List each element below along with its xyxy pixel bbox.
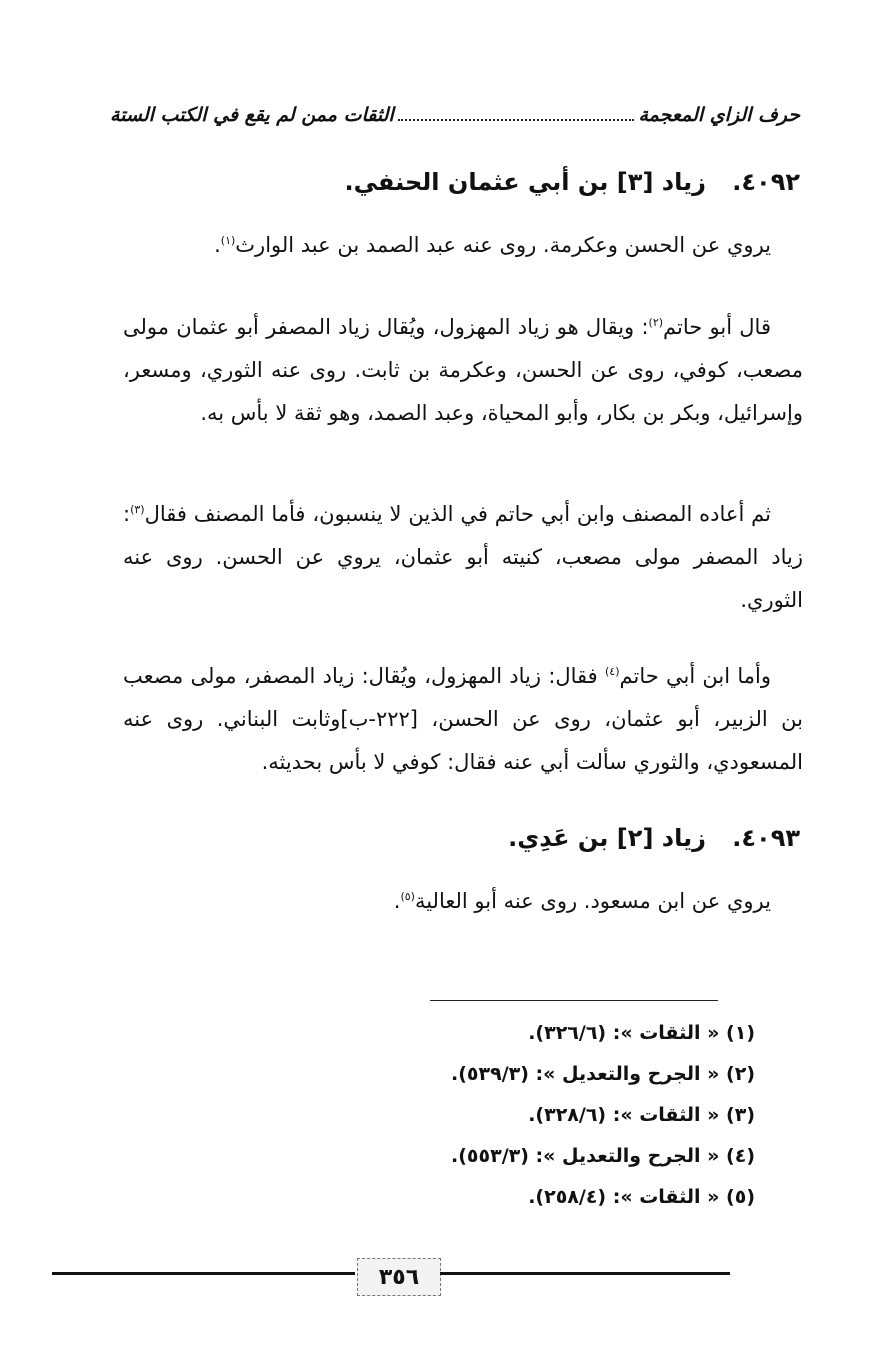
footnote-divider xyxy=(430,1000,718,1001)
footer-rule-right xyxy=(440,1272,730,1275)
footnote-ref[interactable]: (٣) xyxy=(130,503,145,516)
header-dot-leader xyxy=(398,118,635,121)
footer-rule-left xyxy=(52,1272,355,1275)
entry-name: زياد [٣] بن أبي عثمان الحنفي. xyxy=(344,168,705,196)
page-number: ٣٥٦ xyxy=(357,1258,441,1296)
footnote-ref[interactable]: (١) xyxy=(221,234,236,247)
footnote-ref[interactable]: (٤) xyxy=(605,665,620,678)
footnote-4: (٤) « الجرح والتعديل »: (٥٥٣/٣). xyxy=(451,1136,755,1177)
paragraph-5: يروي عن ابن مسعود. روى عنه أبو العالية(٥… xyxy=(123,880,803,923)
footnotes: (١) « الثقات »: (٣٢٦/٦). (٢) « الجرح وال… xyxy=(451,1013,755,1218)
footnote-ref[interactable]: (٢) xyxy=(649,316,664,329)
entry-name: زياد [٢] بن عَدِي. xyxy=(508,824,706,852)
running-header: حرف الزاي المعجمة الثقات ممن لم يقع في ا… xyxy=(110,104,800,127)
paragraph-4: وأما ابن أبي حاتم(٤) فقال: زياد المهزول،… xyxy=(123,655,803,784)
paragraph-3: ثم أعاده المصنف وابن أبي حاتم في الذين ل… xyxy=(123,493,803,622)
entry-number: ٤٠٩٣. xyxy=(732,824,800,852)
footnote-2: (٢) « الجرح والتعديل »: (٥٣٩/٣). xyxy=(451,1054,755,1095)
header-chapter: حرف الزاي المعجمة xyxy=(638,104,800,126)
entry-title-4092: ٤٠٩٢. زياد [٣] بن أبي عثمان الحنفي. xyxy=(344,168,800,196)
header-book-title: الثقات ممن لم يقع في الكتب الستة xyxy=(110,104,394,126)
paragraph-1: يروي عن الحسن وعكرمة. روى عنه عبد الصمد … xyxy=(123,224,803,267)
book-page: حرف الزاي المعجمة الثقات ممن لم يقع في ا… xyxy=(0,0,885,1359)
footnote-3: (٣) « الثقات »: (٣٢٨/٦). xyxy=(451,1095,755,1136)
entry-number: ٤٠٩٢. xyxy=(732,168,800,196)
footnote-1: (١) « الثقات »: (٣٢٦/٦). xyxy=(451,1013,755,1054)
paragraph-2: قال أبو حاتم(٢): ويقال هو زياد المهزول، … xyxy=(123,306,803,435)
footnote-ref[interactable]: (٥) xyxy=(400,890,415,903)
entry-title-4093: ٤٠٩٣. زياد [٢] بن عَدِي. xyxy=(508,824,800,852)
footnote-5: (٥) « الثقات »: (٢٥٨/٤). xyxy=(451,1177,755,1218)
